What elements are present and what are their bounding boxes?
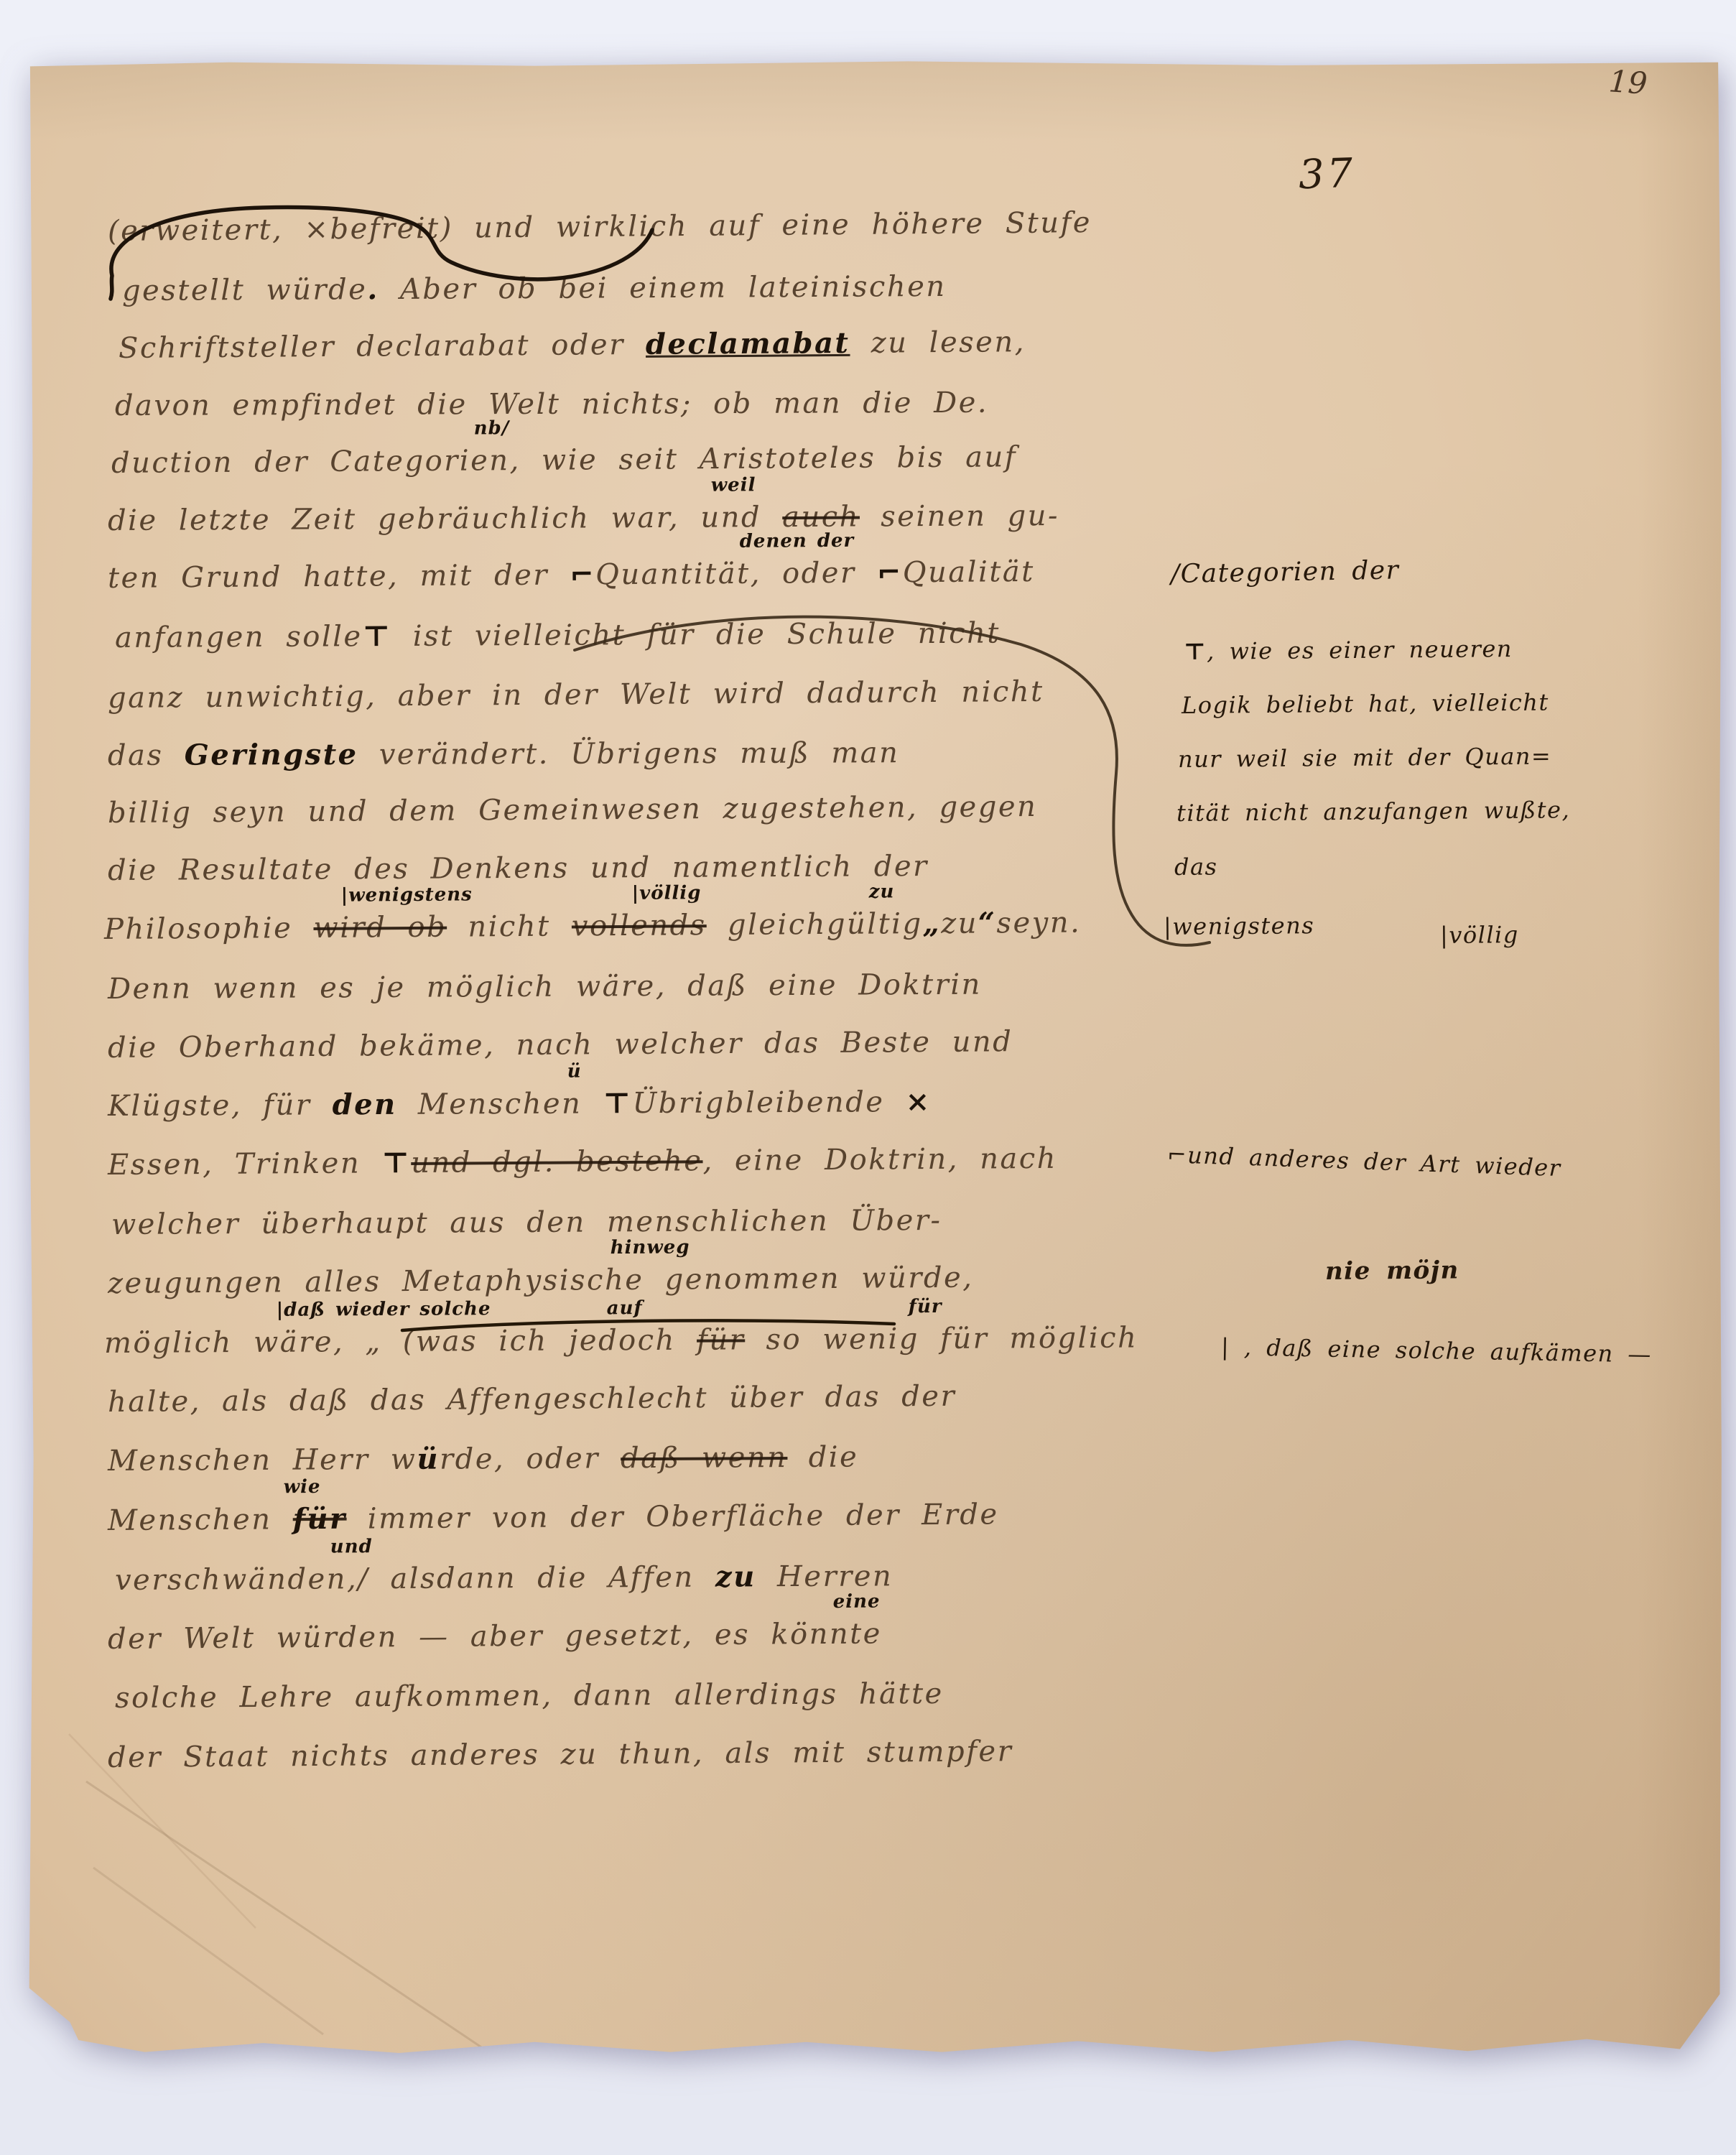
inline-insert: wie — [284, 1478, 321, 1496]
margin-note: |wenigstens — [1164, 913, 1314, 940]
page-number: 37 — [1298, 150, 1356, 199]
margin-note: ⌐und anderes der Art wieder — [1166, 1142, 1561, 1181]
manuscript-line: duction der Categorien, wie seit Aristot… — [111, 441, 1017, 479]
crease-line — [93, 1868, 323, 2034]
folio-number: 19 — [1607, 63, 1648, 101]
inline-insert: nb/ — [474, 419, 510, 437]
manuscript-line: solche Lehre aufkommen, dann allerdings … — [115, 1678, 944, 1714]
scan-backdrop: 19 37 (erweitert, ×befreit) und wirklich… — [0, 0, 1736, 2155]
manuscript-line: Denn wenn es je möglich wäre, daß eine D… — [108, 969, 982, 1005]
manuscript-line: Menschen für immer von der Oberfläche de… — [108, 1498, 999, 1537]
inline-insert: und — [330, 1537, 373, 1556]
manuscript-line: verschwänden,/ alsdann die Affen zu Herr… — [115, 1560, 893, 1596]
margin-note: nie möjn — [1325, 1257, 1459, 1285]
inline-insert: |daß wieder solche — [277, 1299, 491, 1320]
inline-insert: auf — [607, 1299, 643, 1317]
margin-note: ⊤, wie es einer neueren — [1184, 636, 1513, 664]
manuscript-line: Menschen Herr würde, oder daß wenn die — [108, 1442, 858, 1477]
manuscript-line: ten Grund hatte, mit der ⌐Quantität, ode… — [108, 556, 1035, 594]
inline-insert: hinweg — [611, 1238, 690, 1257]
margin-note: | , daß eine solche aufkämen — — [1221, 1335, 1652, 1368]
manuscript-line: die Oberhand bekäme, nach welcher das Be… — [108, 1026, 1013, 1064]
manuscript-line: anfangen solle⊤ ist vielleicht für die S… — [115, 618, 1001, 654]
margin-note: Logik beliebt hat, vielleicht — [1182, 690, 1549, 719]
manuscript-page: 19 37 (erweitert, ×befreit) und wirklich… — [26, 60, 1722, 2058]
margin-note: |völlig — [1440, 922, 1519, 948]
manuscript-line: der Welt würden — aber gesetzt, es könnt… — [108, 1618, 882, 1655]
manuscript-line: davon empfindet die Welt nichts; ob man … — [115, 387, 988, 422]
inline-insert: zu — [869, 882, 895, 901]
manuscript-line: möglich wäre, „ (was ich jedoch für so w… — [104, 1322, 1138, 1359]
inline-insert: ü — [567, 1062, 582, 1081]
manuscript-line: Philosophie wird ob nicht vollends gleic… — [104, 907, 1082, 945]
paper-shadow-wrap: 19 37 (erweitert, ×befreit) und wirklich… — [0, 0, 1736, 2155]
manuscript-line: die Resultate des Denkens und namentlich… — [108, 851, 929, 886]
manuscript-line: zeugungen alles Metaphysische genommen w… — [108, 1262, 974, 1299]
manuscript-line: Klügste, für den Menschen ⊤Übrigbleibend… — [108, 1086, 932, 1122]
manuscript-line: Essen, Trinken ⊤und dgl. bestehe, eine D… — [108, 1143, 1057, 1181]
margin-note: das — [1174, 854, 1218, 880]
margin-note: tität nicht anzufangen wußte, — [1176, 797, 1570, 826]
manuscript-line: welcher überhaupt aus den menschlichen Ü… — [111, 1205, 942, 1241]
inline-insert: eine — [833, 1592, 881, 1611]
inline-insert: denen der — [740, 532, 855, 551]
margin-note: /Categorien der — [1171, 556, 1400, 588]
manuscript-line: halte, als daß das Affengeschlecht über … — [108, 1381, 956, 1418]
manuscript-line: gestellt würde. Aber ob bei einem latein… — [122, 271, 947, 307]
inline-insert: für — [909, 1297, 942, 1316]
manuscript-line: billig seyn und dem Gemeinwesen zugesteh… — [108, 791, 1038, 829]
manuscript-line: (erweitert, ×befreit) und wirklich auf e… — [108, 207, 1092, 247]
inline-insert: |wenigstens — [341, 885, 473, 904]
manuscript-line: ganz unwichtig, aber in der Welt wird da… — [108, 676, 1044, 714]
margin-note: nur weil sie mit der Quan= — [1178, 743, 1552, 772]
crease-line — [86, 1781, 503, 2058]
manuscript-line: Schriftsteller declarabat oder declamaba… — [119, 326, 1026, 364]
manuscript-line: das Geringste verändert. Übrigens muß ma… — [108, 737, 900, 771]
inline-insert: |völlig — [632, 884, 702, 903]
inline-insert: weil — [711, 476, 756, 494]
manuscript-line: die letzte Zeit gebräuchlich war, und au… — [108, 500, 1059, 537]
manuscript-line: der Staat nichts anderes zu thun, als mi… — [108, 1735, 1013, 1774]
